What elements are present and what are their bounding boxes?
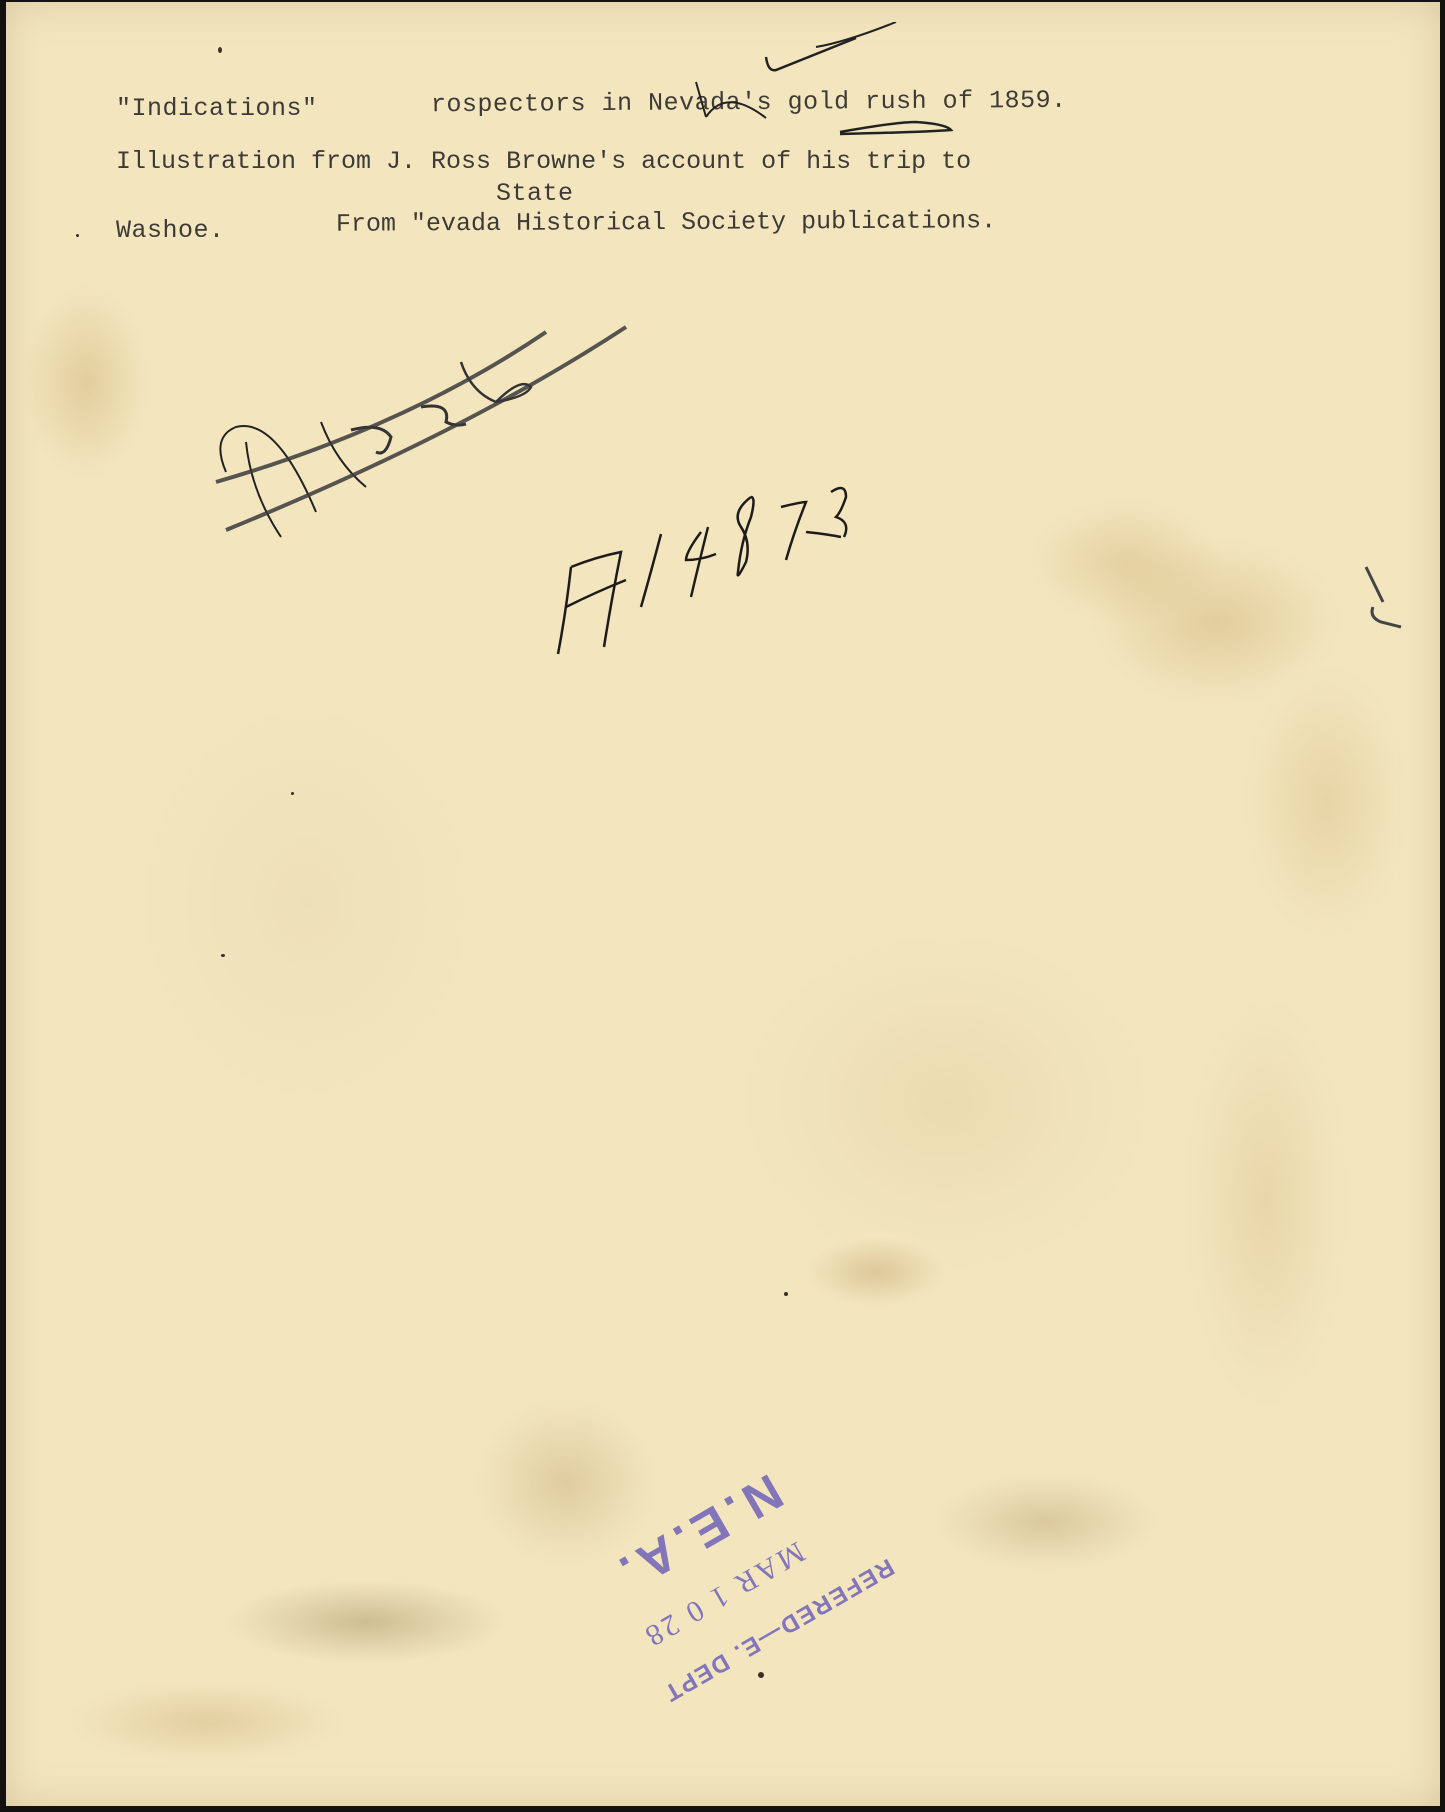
speck xyxy=(784,1292,788,1296)
speck xyxy=(218,47,222,53)
caption-source: From "evada Historical Society publicati… xyxy=(336,206,996,238)
underline-mark-icon xyxy=(836,110,966,140)
catalog-number-handwriting-icon xyxy=(536,472,876,672)
archive-card: "Indications" rospectors in Nevada's gol… xyxy=(6,2,1440,1806)
speck xyxy=(291,792,294,795)
speck xyxy=(758,1672,764,1678)
speck xyxy=(221,954,225,957)
nea-stamp: N.E.A. MAR 1 0 28 REFERED—E. DEPT xyxy=(515,1352,977,1792)
caption-interlinear-insert: State xyxy=(496,179,574,208)
speck xyxy=(76,234,79,237)
caption-place: Washoe. xyxy=(116,216,225,245)
caption-title: "Indications" xyxy=(116,94,318,123)
caption-line2: Illustration from J. Ross Browne's accou… xyxy=(116,147,971,176)
edge-pencil-mark-icon xyxy=(1361,562,1421,632)
